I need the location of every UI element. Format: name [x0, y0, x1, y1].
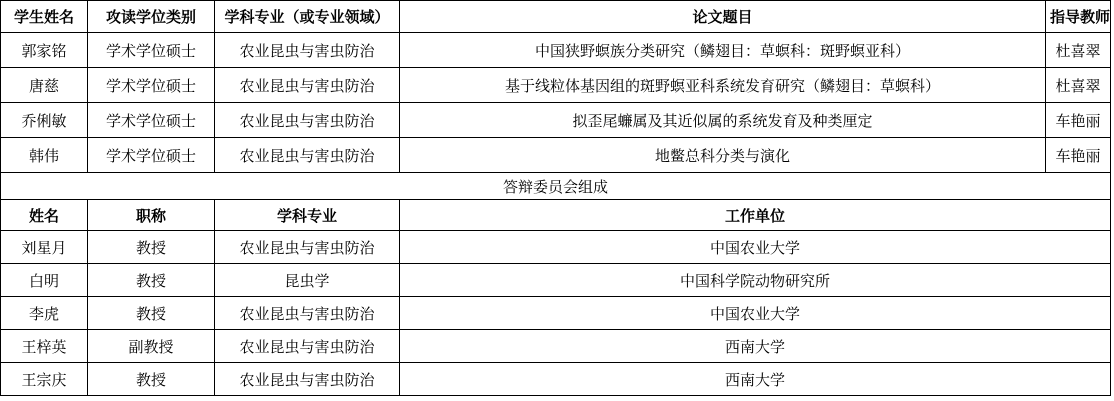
header-member-name: 姓名	[1, 200, 88, 231]
advisor-cell: 杜喜翠	[1046, 33, 1111, 68]
member-name-cell: 王宗庆	[1, 363, 88, 396]
degree-type-cell: 学术学位硕士	[88, 33, 215, 68]
member-title-cell: 教授	[88, 231, 215, 264]
member-organization-cell: 中国科学院动物研究所	[400, 264, 1111, 297]
student-name-cell: 乔俐敏	[1, 103, 88, 138]
committee-row: 王梓英 副教授 农业昆虫与害虫防治 西南大学	[1, 330, 1111, 363]
students-header-row: 学生姓名 攻读学位类别 学科专业（或专业领域） 论文题目 指导教师	[1, 1, 1111, 33]
defense-roster-table: 学生姓名 攻读学位类别 学科专业（或专业领域） 论文题目 指导教师 郭家铭 学术…	[0, 0, 1111, 396]
thesis-title-cell: 地鳖总科分类与演化	[400, 138, 1046, 173]
member-organization-cell: 西南大学	[400, 363, 1111, 396]
header-member-major: 学科专业	[215, 200, 400, 231]
committee-section-title: 答辩委员会组成	[1, 173, 1111, 200]
student-row: 乔俐敏 学术学位硕士 农业昆虫与害虫防治 拟歪尾蠊属及其近似属的系统发育及种类厘…	[1, 103, 1111, 138]
member-title-cell: 教授	[88, 264, 215, 297]
thesis-title-cell: 基于线粒体基因组的斑野螟亚科系统发育研究（鳞翅目：草螟科）	[400, 68, 1046, 103]
header-advisor: 指导教师	[1046, 1, 1111, 33]
header-major: 学科专业（或专业领域）	[215, 1, 400, 33]
student-row: 唐慈 学术学位硕士 农业昆虫与害虫防治 基于线粒体基因组的斑野螟亚科系统发育研究…	[1, 68, 1111, 103]
member-title-cell: 教授	[88, 363, 215, 396]
student-name-cell: 郭家铭	[1, 33, 88, 68]
header-degree-type: 攻读学位类别	[88, 1, 215, 33]
major-cell: 农业昆虫与害虫防治	[215, 138, 400, 173]
degree-type-cell: 学术学位硕士	[88, 103, 215, 138]
member-name-cell: 王梓英	[1, 330, 88, 363]
advisor-cell: 杜喜翠	[1046, 68, 1111, 103]
member-major-cell: 农业昆虫与害虫防治	[215, 363, 400, 396]
member-title-cell: 副教授	[88, 330, 215, 363]
member-organization-cell: 西南大学	[400, 330, 1111, 363]
student-row: 韩伟 学术学位硕士 农业昆虫与害虫防治 地鳖总科分类与演化 车艳丽	[1, 138, 1111, 173]
thesis-title-cell: 拟歪尾蠊属及其近似属的系统发育及种类厘定	[400, 103, 1046, 138]
student-name-cell: 唐慈	[1, 68, 88, 103]
member-name-cell: 白明	[1, 264, 88, 297]
member-organization-cell: 中国农业大学	[400, 231, 1111, 264]
student-row: 郭家铭 学术学位硕士 农业昆虫与害虫防治 中国狭野螟族分类研究（鳞翅目：草螟科：…	[1, 33, 1111, 68]
major-cell: 农业昆虫与害虫防治	[215, 33, 400, 68]
advisor-cell: 车艳丽	[1046, 138, 1111, 173]
committee-header-row: 姓名 职称 学科专业 工作单位	[1, 200, 1111, 231]
major-cell: 农业昆虫与害虫防治	[215, 103, 400, 138]
header-student-name: 学生姓名	[1, 1, 88, 33]
member-organization-cell: 中国农业大学	[400, 297, 1111, 330]
committee-row: 白明 教授 昆虫学 中国科学院动物研究所	[1, 264, 1111, 297]
member-title-cell: 教授	[88, 297, 215, 330]
thesis-title-cell: 中国狭野螟族分类研究（鳞翅目：草螟科：斑野螟亚科）	[400, 33, 1046, 68]
member-major-cell: 农业昆虫与害虫防治	[215, 231, 400, 264]
degree-type-cell: 学术学位硕士	[88, 68, 215, 103]
member-name-cell: 李虎	[1, 297, 88, 330]
advisor-cell: 车艳丽	[1046, 103, 1111, 138]
member-major-cell: 农业昆虫与害虫防治	[215, 330, 400, 363]
committee-row: 刘星月 教授 农业昆虫与害虫防治 中国农业大学	[1, 231, 1111, 264]
committee-section-title-row: 答辩委员会组成	[1, 173, 1111, 200]
major-cell: 农业昆虫与害虫防治	[215, 68, 400, 103]
member-name-cell: 刘星月	[1, 231, 88, 264]
committee-row: 王宗庆 教授 农业昆虫与害虫防治 西南大学	[1, 363, 1111, 396]
header-thesis-title: 论文题目	[400, 1, 1046, 33]
degree-type-cell: 学术学位硕士	[88, 138, 215, 173]
member-major-cell: 农业昆虫与害虫防治	[215, 297, 400, 330]
committee-row: 李虎 教授 农业昆虫与害虫防治 中国农业大学	[1, 297, 1111, 330]
header-member-organization: 工作单位	[400, 200, 1111, 231]
student-name-cell: 韩伟	[1, 138, 88, 173]
header-member-title: 职称	[88, 200, 215, 231]
member-major-cell: 昆虫学	[215, 264, 400, 297]
